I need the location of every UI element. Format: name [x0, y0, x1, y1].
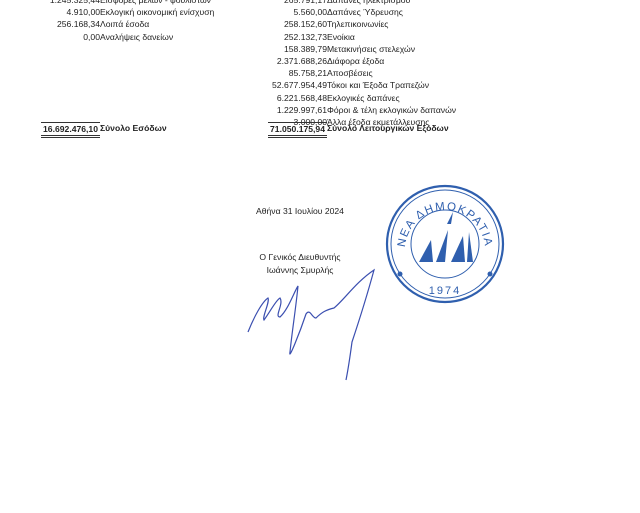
income-row-value: 1.245.325,44 — [50, 0, 100, 6]
expenses-row-label: Εκλογικές δαπάνες — [327, 92, 400, 104]
nd-logo-icon — [419, 212, 473, 262]
expenses-row-label: Φόροι & τέλη εκλογικών δαπανών — [327, 104, 456, 116]
seal-year: 1974 — [429, 285, 461, 297]
signature — [240, 262, 390, 382]
expenses-row-value: 85.758,21 — [289, 67, 327, 79]
income-row-value: 0,00 — [83, 31, 100, 43]
expenses-row-value: 1.229.997,61 — [277, 104, 327, 116]
expenses-row-label: Τόκοι και Έξοδα Τραπεζών — [327, 79, 429, 91]
expenses-row-value: 252.132,73 — [284, 31, 327, 43]
income-row-label: Εκλογική οικονομική ενίσχυση — [100, 6, 214, 18]
expenses-row-value: 2.371.688,26 — [277, 55, 327, 67]
income-row-label: Εισφορές μελών - φουλιστών — [100, 0, 211, 6]
expenses-row-label: Δαπάνες Ύδρευσης — [327, 6, 403, 18]
expenses-row-value: 52.677.954,49 — [272, 79, 327, 91]
signatory-role: Ο Γενικός Διευθυντής — [200, 252, 400, 262]
income-total-label: Σύνολο Εσόδων — [100, 122, 167, 134]
expenses-row-value: 158.389,79 — [284, 43, 327, 55]
expenses-row-value: 265.791,17 — [284, 0, 327, 6]
expenses-row-value: 5.560,00 — [294, 6, 327, 18]
expenses-row-label: Διάφορα έξοδα — [327, 55, 384, 67]
income-row-value: 256.168,34 — [57, 18, 100, 30]
place-date: Αθήνα 31 Ιουλίου 2024 — [200, 206, 400, 216]
expenses-row-value: 6.221.568,48 — [277, 92, 327, 104]
income-total-value: 16.692.476,10 — [41, 122, 100, 138]
seal-dot-right — [488, 272, 493, 277]
expenses-row-label: Ενοίκια — [327, 31, 355, 43]
income-row-value: 4.910,00 — [67, 6, 100, 18]
expenses-row-value: 258.152,60 — [284, 18, 327, 30]
expenses-row-label: Αποσβέσεις — [327, 67, 373, 79]
expenses-row-label: Μετακινήσεις στελεχών — [327, 43, 415, 55]
expenses-total-label: Σύνολο Λειτουργικών Εξόδων — [327, 122, 449, 134]
expenses-row-label: Τηλεπικοινωνίες — [327, 18, 388, 30]
expenses-row-label: Δαπάνες ηλεκτρισμού — [327, 0, 410, 6]
income-row-label: Λοιπά έσοδα — [100, 18, 149, 30]
seal-dot-left — [398, 272, 403, 277]
expenses-total-value: 71.050.175,94 — [268, 122, 327, 138]
income-row-label: Αναλήψεις δανείων — [100, 31, 173, 43]
party-seal-stamp: ΝΕΑ ΔΗΜΟΚΡΑΤΙΑ 1974 — [383, 182, 507, 306]
